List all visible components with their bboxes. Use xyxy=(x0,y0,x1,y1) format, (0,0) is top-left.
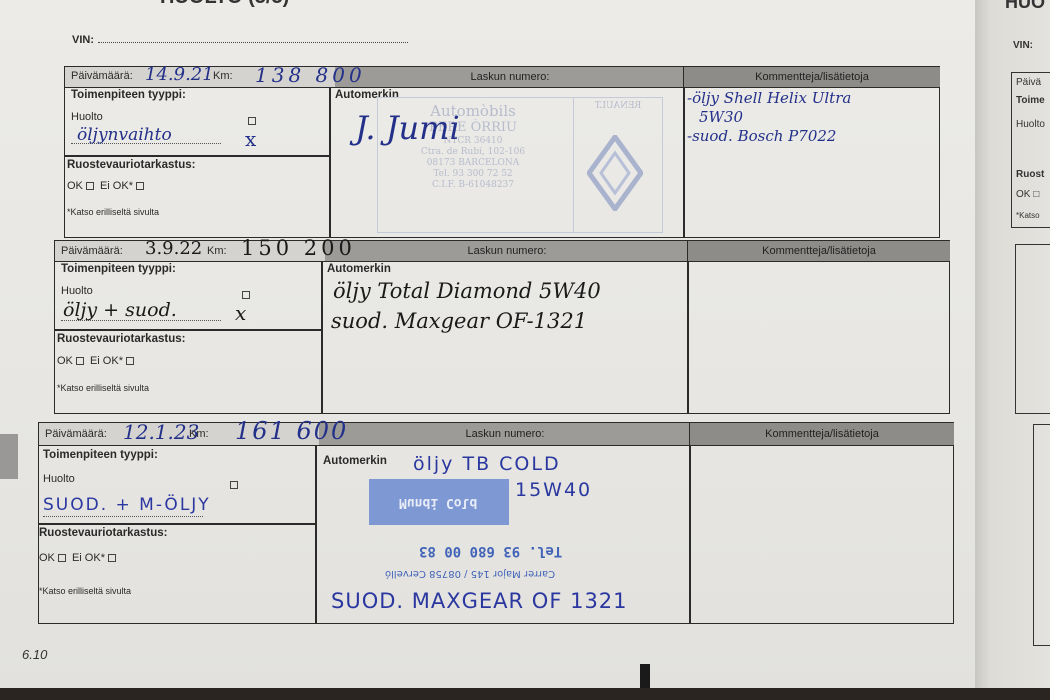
ok-label: OK xyxy=(57,355,73,367)
divider xyxy=(683,87,685,237)
km-value: 138 800 xyxy=(255,63,366,87)
service-mark: x xyxy=(245,127,256,151)
date-label: Päivämäärä: xyxy=(61,245,123,257)
rust-options: OK Ei OK* xyxy=(67,180,147,192)
divider xyxy=(315,445,317,623)
dealer-stamp-phone: Tel. 93 680 00 83 xyxy=(419,543,562,559)
comment-line-1: -öljy Shell Helix Ultra xyxy=(687,89,937,107)
automerkin-line-2: 15W40 xyxy=(515,479,592,501)
ok-checkbox[interactable] xyxy=(58,554,66,562)
comments-label: Kommentteja/lisätietoja xyxy=(765,428,879,440)
service-label: Huolto xyxy=(61,285,93,297)
car-brand-label: Automerkin xyxy=(327,263,391,275)
comments-label: Kommentteja/lisätietoja xyxy=(762,245,876,257)
ok-label: OK xyxy=(39,552,55,564)
service-dotted-line xyxy=(43,515,203,517)
not-ok-label: Ei OK* xyxy=(90,355,123,367)
ok-checkbox[interactable] xyxy=(86,182,94,190)
entry-header-comments: Kommentteja/lisätietoja xyxy=(683,67,940,88)
divider xyxy=(329,87,331,237)
not-ok-checkbox[interactable] xyxy=(126,357,134,365)
date-label: Päivämäärä: xyxy=(45,428,107,440)
dealer-stamp-logo-text: Mundi Cold xyxy=(399,495,477,510)
page-title: HUOLTO (3/3) xyxy=(160,0,289,9)
service-note: SUOD. + M-ÖLJY xyxy=(43,495,211,515)
invoice-number-label: Laskun numero: xyxy=(471,71,550,83)
next-page-edge: HUO VIN: Päivä Toime Huolto Ruost OK □ *… xyxy=(975,0,1050,690)
invoice-number-label: Laskun numero: xyxy=(468,245,547,257)
vin-label: VIN: xyxy=(72,34,94,46)
service-mark: x xyxy=(235,301,246,325)
car-brand-label: Automerkin xyxy=(323,455,387,467)
service-label: Huolto xyxy=(71,111,103,123)
km-label: Km: xyxy=(213,70,233,82)
date-label: Päivämäärä: xyxy=(71,70,133,82)
entry-header-invoice: Laskun numero: xyxy=(325,241,689,262)
next-page-vin-label: VIN: xyxy=(1013,40,1033,51)
date-value: 12.1.23 xyxy=(123,420,199,444)
see-separate-note: *Katso erilliseltä sivulta xyxy=(39,586,131,596)
service-checkbox[interactable] xyxy=(242,291,250,299)
next-page-entry-2 xyxy=(1015,244,1050,414)
not-ok-label: Ei OK* xyxy=(72,552,105,564)
next-page-entry-3 xyxy=(1033,424,1050,646)
renault-brand-text: RENAULT xyxy=(579,101,657,112)
rust-inspection-label: Ruostevauriotarkastus: xyxy=(67,159,195,171)
rust-options: OK Ei OK* xyxy=(39,552,119,564)
entry-header-comments: Kommentteja/lisätietoja xyxy=(687,241,950,262)
km-label: Km: xyxy=(189,428,209,440)
service-checkbox[interactable] xyxy=(248,117,256,125)
service-checkbox[interactable] xyxy=(230,481,238,489)
renault-logo-icon xyxy=(587,135,643,211)
service-note: öljynvaihto xyxy=(77,125,172,145)
see-separate-note: *Katso erilliseltä sivulta xyxy=(67,207,159,217)
date-value: 14.9.21 xyxy=(145,64,214,85)
invoice-number-label: Laskun numero: xyxy=(466,428,545,440)
ok-checkbox[interactable] xyxy=(76,357,84,365)
page-edge-tab xyxy=(0,434,18,479)
comments-area xyxy=(691,263,943,409)
rust-options: OK Ei OK* xyxy=(57,355,137,367)
logbook-page: HUOLTO (3/3) VIN: Laskun numero: Komment… xyxy=(0,0,975,690)
comments-area: -öljy Shell Helix Ultra 5W30 -suod. Bosc… xyxy=(687,89,937,145)
service-entry-2: Laskun numero: Kommentteja/lisätietoja P… xyxy=(54,240,950,414)
date-value: 3.9.22 xyxy=(145,238,202,259)
divider xyxy=(321,261,323,413)
dealer-stamp-address: Carrer Major 145 / 08758 Cervelló xyxy=(385,568,555,579)
comment-line-3: -suod. Bosch P7022 xyxy=(687,127,937,145)
comments-area xyxy=(693,447,949,619)
divider xyxy=(65,155,329,157)
signature: J. Jumi xyxy=(355,109,460,147)
ok-label: OK xyxy=(67,180,83,192)
divider xyxy=(687,261,689,413)
service-note: öljy + suod. xyxy=(63,299,177,321)
not-ok-checkbox[interactable] xyxy=(108,554,116,562)
comments-label: Kommentteja/lisätietoja xyxy=(755,71,869,83)
not-ok-label: Ei OK* xyxy=(100,180,133,192)
vin-dotted-line xyxy=(98,32,408,43)
comment-line-2: 5W30 xyxy=(699,108,949,126)
desk-surface xyxy=(0,688,1050,700)
entry-header-invoice: Laskun numero: xyxy=(319,423,691,446)
see-separate-note: *Katso erilliseltä sivulta xyxy=(57,383,149,393)
operation-type-label: Toimenpiteen tyyppi: xyxy=(71,89,186,101)
automerkin-line-1: öljy Total Diamond 5W40 xyxy=(333,279,601,303)
next-page-entry-1: Päivä Toime Huolto Ruost OK □ *Katso xyxy=(1011,72,1050,228)
automerkin-line-1: öljy TB COLD xyxy=(413,453,561,475)
next-page-title: HUO xyxy=(1005,0,1045,13)
operation-type-label: Toimenpiteen tyyppi: xyxy=(61,263,176,275)
rust-inspection-label: Ruostevauriotarkastus: xyxy=(57,333,185,345)
service-entry-1: Laskun numero: Kommentteja/lisätietoja P… xyxy=(64,66,940,238)
entry-header-comments: Kommentteja/lisätietoja xyxy=(689,423,954,446)
service-label: Huolto xyxy=(43,473,75,485)
km-label: Km: xyxy=(207,245,227,257)
divider xyxy=(55,329,321,331)
divider xyxy=(39,523,315,525)
divider xyxy=(689,445,691,623)
automerkin-line-2: suod. Maxgear OF-1321 xyxy=(331,309,587,333)
service-entry-3: Laskun numero: Kommentteja/lisätietoja P… xyxy=(38,422,954,624)
km-value: 161 600 xyxy=(235,417,348,445)
automerkin-line-3: SUOD. MAXGEAR OF 1321 xyxy=(331,589,628,613)
entry-header-invoice: Laskun numero: xyxy=(335,67,685,88)
vin-field: VIN: xyxy=(72,32,408,46)
page-number: 6.10 xyxy=(22,647,47,662)
operation-type-label: Toimenpiteen tyyppi: xyxy=(43,449,158,461)
not-ok-checkbox[interactable] xyxy=(136,182,144,190)
rust-inspection-label: Ruostevauriotarkastus: xyxy=(39,527,167,539)
km-value: 150 200 xyxy=(241,236,356,260)
